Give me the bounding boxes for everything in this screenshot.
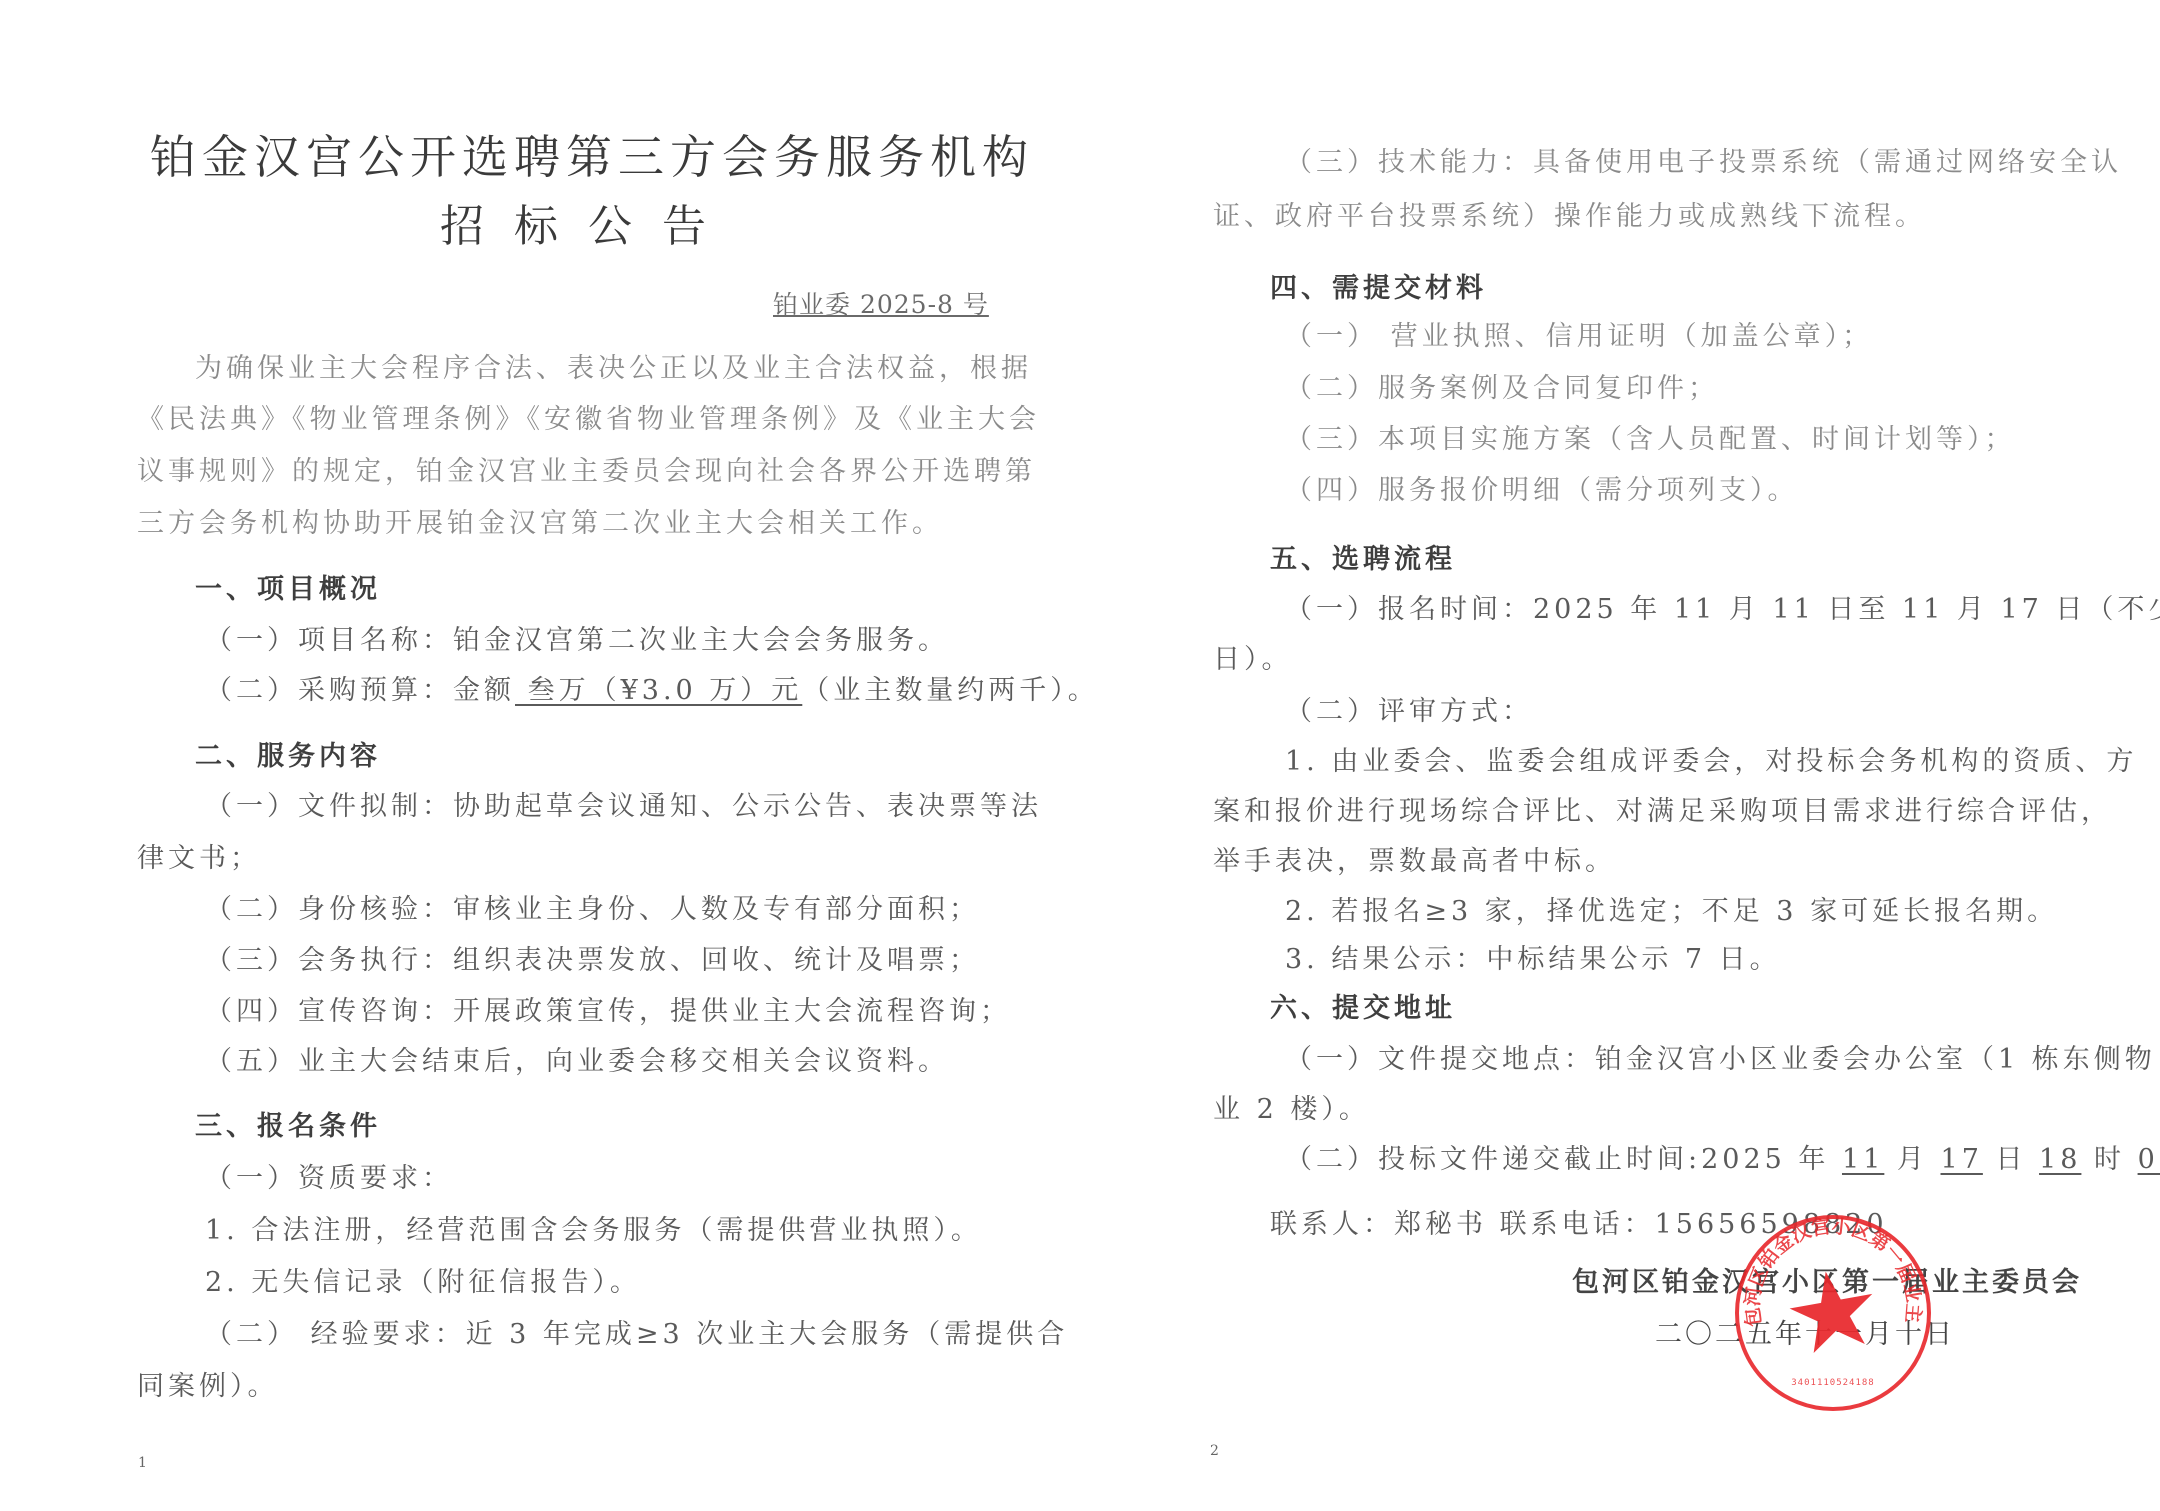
review-1-line-1: 1. 由业委会、监委会组成评委会，对投标会务机构的资质、方 [1285,745,2137,779]
section-3-heading: 三、报名条件 [195,1110,381,1144]
experience-line-2: 同案例）。 [137,1370,279,1404]
section-4-heading: 四、需提交材料 [1270,272,1487,306]
material-4: （四）服务报价明细（需分项列支）。 [1285,474,1799,508]
deadline-minute: 00 [2138,1144,2160,1175]
qualification-2: 2. 无失信记录（附征信报告）。 [205,1266,641,1300]
submission-address-line-1: （一）文件提交地点：铂金汉宫小区业委会办公室（1 栋东侧物 [1285,1043,2156,1077]
document-title: 铂金汉宫公开选聘第三方会务服务机构 [150,140,1034,174]
issuer-signature: 包河区铂金汉宫小区第一届业主委员会 [1572,1266,2082,1300]
review-1-line-3: 举手表决，票数最高者中标。 [1213,845,1616,879]
review-method-heading: （二）评审方式： [1285,695,1533,729]
review-1-line-2: 案和报价进行现场综合评比、对满足采购项目需求进行综合评估， [1213,795,2112,829]
review-2: 2. 若报名≥3 家，择优选定；不足 3 家可延长报名期。 [1285,895,2058,929]
page-1: 铂金汉宫公开选聘第三方会务服务机构 招标公告 铂业委 2025-8 号 为确保业… [0,0,1080,1511]
service-item-4: （四）宣传咨询：开展政策宣传，提供业主大会流程咨询； [205,995,1011,1029]
issue-date: 二〇二五年十一月十日 [1655,1318,1955,1352]
contact-info: 联系人：郑秘书 联系电话：15656598820 [1270,1208,1888,1242]
service-item-1-line-1: （一）文件拟制：协助起草会议通知、公示公告、表决票等法 [205,790,1042,824]
intro-line-1: 为确保业主大会程序合法、表决公正以及业主合法权益，根据 [195,352,1032,386]
service-item-3: （三）会务执行：组织表决票发放、回收、统计及唱票； [205,944,980,978]
service-item-5: （五）业主大会结束后，向业委会移交相关会议资料。 [205,1045,949,1079]
submission-deadline: （二）投标文件递交截止时间:2025 年 11 月 17 日 18 时 00 分… [1285,1143,2160,1177]
deadline-label: （二）投标文件递交截止时间:2025 年 [1285,1144,1842,1175]
review-3: 3. 结果公示：中标结果公示 7 日。 [1285,943,1781,977]
page-number-2: 2 [1210,1443,1219,1459]
budget-label: （二）采购预算：金额 [205,675,515,706]
submission-address-line-2: 业 2 楼）。 [1213,1093,1370,1127]
page-2: （三）技术能力：具备使用电子投票系统（需通过网络安全认 证、政府平台投票系统）操… [1080,0,2160,1511]
project-budget: （二）采购预算：金额 叁万（¥3.0 万）元（业主数量约两千）。 [205,674,1099,708]
qualification-heading: （一）资质要求： [205,1162,453,1196]
registration-line-2: 日）。 [1213,643,1293,677]
deadline-hour-label: 时 [2081,1144,2137,1175]
budget-amount: 叁万（¥3.0 万）元 [515,675,802,706]
experience-line-1: （二） 经验要求：近 3 年完成≥3 次业主大会服务（需提供合 [205,1318,1068,1352]
section-1-heading: 一、项目概况 [195,573,381,607]
material-1: （一） 营业执照、信用证明（加盖公章）； [1285,320,1873,354]
tech-capability-line-1: （三）技术能力：具备使用电子投票系统（需通过网络安全认 [1285,146,2122,180]
service-item-2: （二）身份核验：审核业主身份、人数及专有部分面积； [205,893,980,927]
deadline-hour: 18 [2039,1144,2081,1175]
document-number: 铂业委 2025-8 号 [773,288,989,322]
intro-line-4: 三方会务机构协助开展铂金汉宫第二次业主大会相关工作。 [137,507,943,541]
qualification-1: 1. 合法注册，经营范围含会务服务（需提供营业执照）。 [205,1214,982,1248]
page-number-1: 1 [138,1455,147,1471]
registration-line-1: （一）报名时间：2025 年 11 月 11 日至 11 月 17 日（不少于 … [1285,593,2160,627]
service-item-1-line-2: 律文书； [137,842,261,876]
deadline-day-label: 日 [1983,1144,2039,1175]
project-name: （一）项目名称：铂金汉宫第二次业主大会会务服务。 [205,624,949,658]
document-subtitle: 招标公告 [440,210,736,244]
intro-line-2: 《民法典》《物业管理条例》《安徽省物业管理条例》及《业主大会 [137,403,1040,437]
section-6-heading: 六、提交地址 [1270,992,1456,1026]
material-2: （二）服务案例及合同复印件； [1285,372,1719,406]
material-3: （三）本项目实施方案（含人员配置、时间计划等）； [1285,423,2016,457]
deadline-month-label: 月 [1884,1144,1940,1175]
section-2-heading: 二、服务内容 [195,740,381,774]
tech-capability-line-2: 证、政府平台投票系统）操作能力或成熟线下流程。 [1213,200,1926,234]
deadline-day: 17 [1941,1144,1983,1175]
budget-note: （业主数量约两千）。 [802,675,1099,706]
intro-line-3: 议事规则》的规定，铂金汉宫业主委员会现向社会各界公开选聘第 [137,455,1036,489]
section-5-heading: 五、选聘流程 [1270,543,1456,577]
deadline-month: 11 [1842,1144,1884,1175]
